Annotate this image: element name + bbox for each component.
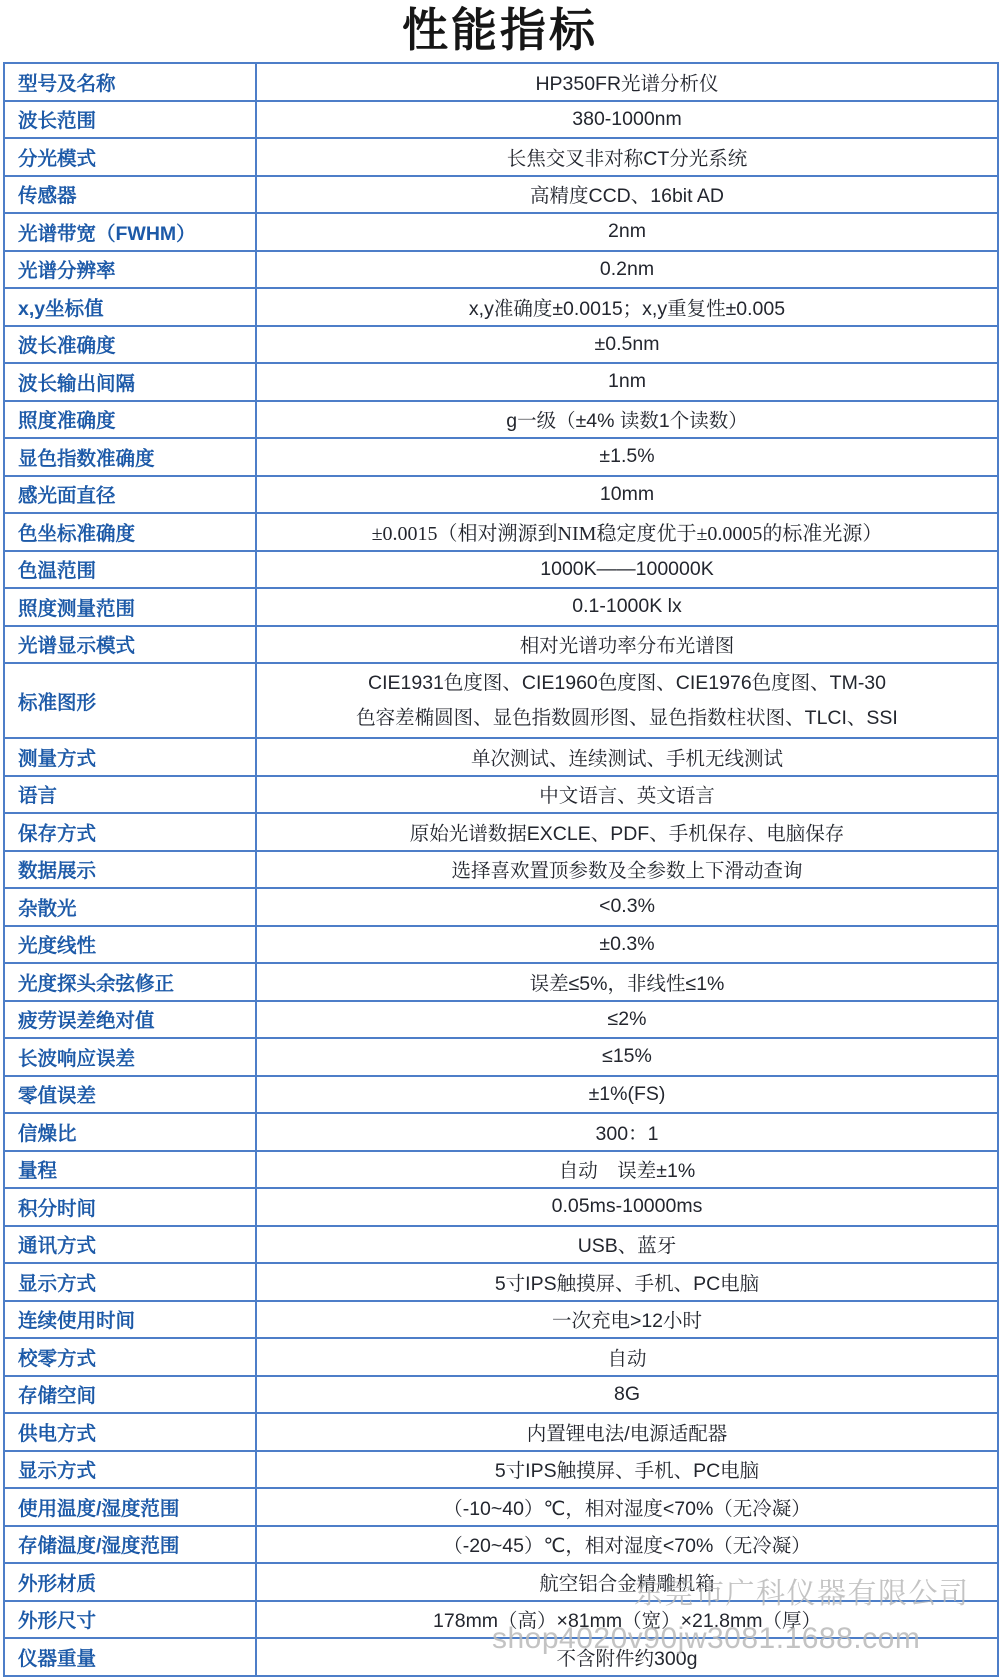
spec-row: 照度测量范围0.1-1000K lx: [4, 588, 998, 626]
spec-value-cell: 2nm: [256, 213, 998, 251]
spec-value-cell: 1nm: [256, 363, 998, 401]
spec-name-cell: 传感器: [4, 176, 256, 214]
spec-value-cell: 相对光谱功率分布光谱图: [256, 626, 998, 664]
spec-name-cell: 色坐标准确度: [4, 513, 256, 551]
spec-name-cell: 保存方式: [4, 813, 256, 851]
spec-name-cell: 光度线性: [4, 926, 256, 964]
spec-row: 积分时间0.05ms-10000ms: [4, 1188, 998, 1226]
spec-value-cell: 5寸IPS触摸屏、手机、PC电脑: [256, 1451, 998, 1489]
spec-name-cell: 供电方式: [4, 1413, 256, 1451]
spec-row: 标准图形CIE1931色度图、CIE1960色度图、CIE1976色度图、TM-…: [4, 663, 998, 738]
spec-value-cell: 单次测试、连续测试、手机无线测试: [256, 738, 998, 776]
spec-value-cell: 中文语言、英文语言: [256, 776, 998, 814]
spec-row: 语言中文语言、英文语言: [4, 776, 998, 814]
spec-row: 型号及名称HP350FR光谱分析仪: [4, 63, 998, 101]
spec-row: 数据展示选择喜欢置顶参数及全参数上下滑动查询: [4, 851, 998, 889]
spec-row: 光谱带宽（FWHM）2nm: [4, 213, 998, 251]
spec-row: 使用温度/湿度范围（-10~40）℃，相对湿度<70%（无冷凝）: [4, 1488, 998, 1526]
spec-table: 型号及名称HP350FR光谱分析仪波长范围380-1000nm分光模式长焦交叉非…: [3, 62, 999, 1677]
spec-value-cell: HP350FR光谱分析仪: [256, 63, 998, 101]
spec-value-cell: 1000K——100000K: [256, 551, 998, 589]
spec-row: 显示方式5寸IPS触摸屏、手机、PC电脑: [4, 1451, 998, 1489]
spec-row: 显示方式5寸IPS触摸屏、手机、PC电脑: [4, 1263, 998, 1301]
spec-name-cell: 存储温度/湿度范围: [4, 1526, 256, 1564]
spec-name-cell: 零值误差: [4, 1076, 256, 1114]
spec-name-cell: 杂散光: [4, 888, 256, 926]
spec-value-cell: （-20~45）℃，相对湿度<70%（无冷凝）: [256, 1526, 998, 1564]
spec-name-cell: 量程: [4, 1151, 256, 1189]
spec-name-cell: 显示方式: [4, 1263, 256, 1301]
spec-name-cell: 波长范围: [4, 101, 256, 139]
spec-row: 色温范围1000K——100000K: [4, 551, 998, 589]
spec-row: 存储温度/湿度范围（-20~45）℃，相对湿度<70%（无冷凝）: [4, 1526, 998, 1564]
page-title: 性能指标: [0, 0, 1000, 60]
spec-name-cell: 波长输出间隔: [4, 363, 256, 401]
spec-row: 波长范围380-1000nm: [4, 101, 998, 139]
spec-name-cell: 照度测量范围: [4, 588, 256, 626]
spec-name-cell: 分光模式: [4, 138, 256, 176]
spec-value-cell: ±0.3%: [256, 926, 998, 964]
spec-value-cell: ±0.0015（相对溯源到NIM稳定度优于±0.0005的标准光源）: [256, 513, 998, 551]
spec-row: 信燥比300：1: [4, 1113, 998, 1151]
spec-name-cell: 长波响应误差: [4, 1038, 256, 1076]
spec-row: 通讯方式USB、蓝牙: [4, 1226, 998, 1264]
spec-name-cell: 积分时间: [4, 1188, 256, 1226]
spec-name-cell: 光度探头余弦修正: [4, 963, 256, 1001]
spec-value-cell: 300：1: [256, 1113, 998, 1151]
spec-name-cell: 通讯方式: [4, 1226, 256, 1264]
spec-value-cell: 选择喜欢置顶参数及全参数上下滑动查询: [256, 851, 998, 889]
spec-value-cell: 自动 误差±1%: [256, 1151, 998, 1189]
spec-name-cell: 标准图形: [4, 663, 256, 738]
spec-name-cell: 存储空间: [4, 1376, 256, 1414]
spec-row: 显色指数准确度±1.5%: [4, 438, 998, 476]
spec-value-cell: ±1.5%: [256, 438, 998, 476]
spec-value-cell: 航空铝合金精雕机箱: [256, 1563, 998, 1601]
spec-row: 零值误差±1%(FS): [4, 1076, 998, 1114]
spec-row: 仪器重量不含附件约300g: [4, 1638, 998, 1676]
spec-value-cell: 5寸IPS触摸屏、手机、PC电脑: [256, 1263, 998, 1301]
spec-name-cell: 外形材质: [4, 1563, 256, 1601]
spec-value-cell: 高精度CCD、16bit AD: [256, 176, 998, 214]
spec-row: 光谱分辨率0.2nm: [4, 251, 998, 289]
spec-value-cell: <0.3%: [256, 888, 998, 926]
spec-row: 波长准确度±0.5nm: [4, 326, 998, 364]
spec-value-cell: 内置锂电法/电源适配器: [256, 1413, 998, 1451]
spec-value-line: 色容差椭圆图、显色指数圆形图、显色指数柱状图、TLCI、SSI: [258, 701, 996, 736]
spec-row: 波长输出间隔1nm: [4, 363, 998, 401]
spec-name-cell: 信燥比: [4, 1113, 256, 1151]
spec-name-cell: 显示方式: [4, 1451, 256, 1489]
spec-row: 校零方式自动: [4, 1338, 998, 1376]
spec-row: 外形尺寸178mm（高）×81mm（宽）×21.8mm（厚）: [4, 1601, 998, 1639]
spec-value-cell: 380-1000nm: [256, 101, 998, 139]
spec-value-cell: 一次充电>12小时: [256, 1301, 998, 1339]
spec-value-cell: CIE1931色度图、CIE1960色度图、CIE1976色度图、TM-30色容…: [256, 663, 998, 738]
spec-row: 光度探头余弦修正误差≤5%，非线性≤1%: [4, 963, 998, 1001]
spec-row: 感光面直径10mm: [4, 476, 998, 514]
spec-value-line: CIE1931色度图、CIE1960色度图、CIE1976色度图、TM-30: [258, 666, 996, 701]
spec-row: 光谱显示模式相对光谱功率分布光谱图: [4, 626, 998, 664]
spec-value-cell: ±0.5nm: [256, 326, 998, 364]
spec-row: 传感器高精度CCD、16bit AD: [4, 176, 998, 214]
spec-value-cell: 长焦交叉非对称CT分光系统: [256, 138, 998, 176]
spec-value-cell: USB、蓝牙: [256, 1226, 998, 1264]
spec-name-cell: 感光面直径: [4, 476, 256, 514]
spec-name-cell: 仪器重量: [4, 1638, 256, 1676]
spec-row: 连续使用时间一次充电>12小时: [4, 1301, 998, 1339]
spec-name-cell: 型号及名称: [4, 63, 256, 101]
spec-row: 杂散光<0.3%: [4, 888, 998, 926]
spec-row: 保存方式原始光谱数据EXCLE、PDF、手机保存、电脑保存: [4, 813, 998, 851]
spec-table-body: 型号及名称HP350FR光谱分析仪波长范围380-1000nm分光模式长焦交叉非…: [4, 63, 998, 1676]
spec-value-cell: 0.2nm: [256, 251, 998, 289]
spec-name-cell: 连续使用时间: [4, 1301, 256, 1339]
spec-name-cell: 光谱分辨率: [4, 251, 256, 289]
spec-value-cell: 原始光谱数据EXCLE、PDF、手机保存、电脑保存: [256, 813, 998, 851]
spec-value-cell: 8G: [256, 1376, 998, 1414]
spec-name-cell: 光谱带宽（FWHM）: [4, 213, 256, 251]
spec-row: x,y坐标值x,y准确度±0.0015；x,y重复性±0.005: [4, 288, 998, 326]
spec-row: 量程自动 误差±1%: [4, 1151, 998, 1189]
spec-value-cell: g一级（±4% 读数1个读数）: [256, 401, 998, 439]
spec-name-cell: 照度准确度: [4, 401, 256, 439]
spec-value-cell: （-10~40）℃，相对湿度<70%（无冷凝）: [256, 1488, 998, 1526]
spec-row: 照度准确度g一级（±4% 读数1个读数）: [4, 401, 998, 439]
spec-row: 外形材质航空铝合金精雕机箱: [4, 1563, 998, 1601]
spec-name-cell: 使用温度/湿度范围: [4, 1488, 256, 1526]
spec-value-cell: 10mm: [256, 476, 998, 514]
spec-name-cell: 显色指数准确度: [4, 438, 256, 476]
spec-row: 测量方式单次测试、连续测试、手机无线测试: [4, 738, 998, 776]
spec-value-cell: 178mm（高）×81mm（宽）×21.8mm（厚）: [256, 1601, 998, 1639]
spec-value-cell: 不含附件约300g: [256, 1638, 998, 1676]
spec-value-cell: 0.05ms-10000ms: [256, 1188, 998, 1226]
spec-name-cell: 测量方式: [4, 738, 256, 776]
spec-value-cell: ±1%(FS): [256, 1076, 998, 1114]
spec-name-cell: 语言: [4, 776, 256, 814]
spec-name-cell: x,y坐标值: [4, 288, 256, 326]
spec-row: 光度线性±0.3%: [4, 926, 998, 964]
spec-row: 疲劳误差绝对值≤2%: [4, 1001, 998, 1039]
spec-value-cell: 自动: [256, 1338, 998, 1376]
spec-name-cell: 外形尺寸: [4, 1601, 256, 1639]
spec-row: 分光模式长焦交叉非对称CT分光系统: [4, 138, 998, 176]
spec-row: 长波响应误差≤15%: [4, 1038, 998, 1076]
spec-value-cell: 0.1-1000K lx: [256, 588, 998, 626]
spec-value-cell: x,y准确度±0.0015；x,y重复性±0.005: [256, 288, 998, 326]
spec-row: 供电方式内置锂电法/电源适配器: [4, 1413, 998, 1451]
spec-row: 存储空间8G: [4, 1376, 998, 1414]
spec-value-cell: ≤15%: [256, 1038, 998, 1076]
spec-name-cell: 色温范围: [4, 551, 256, 589]
spec-name-cell: 数据展示: [4, 851, 256, 889]
spec-name-cell: 波长准确度: [4, 326, 256, 364]
spec-name-cell: 疲劳误差绝对值: [4, 1001, 256, 1039]
spec-value-cell: 误差≤5%，非线性≤1%: [256, 963, 998, 1001]
spec-name-cell: 校零方式: [4, 1338, 256, 1376]
spec-row: 色坐标准确度±0.0015（相对溯源到NIM稳定度优于±0.0005的标准光源）: [4, 513, 998, 551]
spec-value-cell: ≤2%: [256, 1001, 998, 1039]
spec-name-cell: 光谱显示模式: [4, 626, 256, 664]
